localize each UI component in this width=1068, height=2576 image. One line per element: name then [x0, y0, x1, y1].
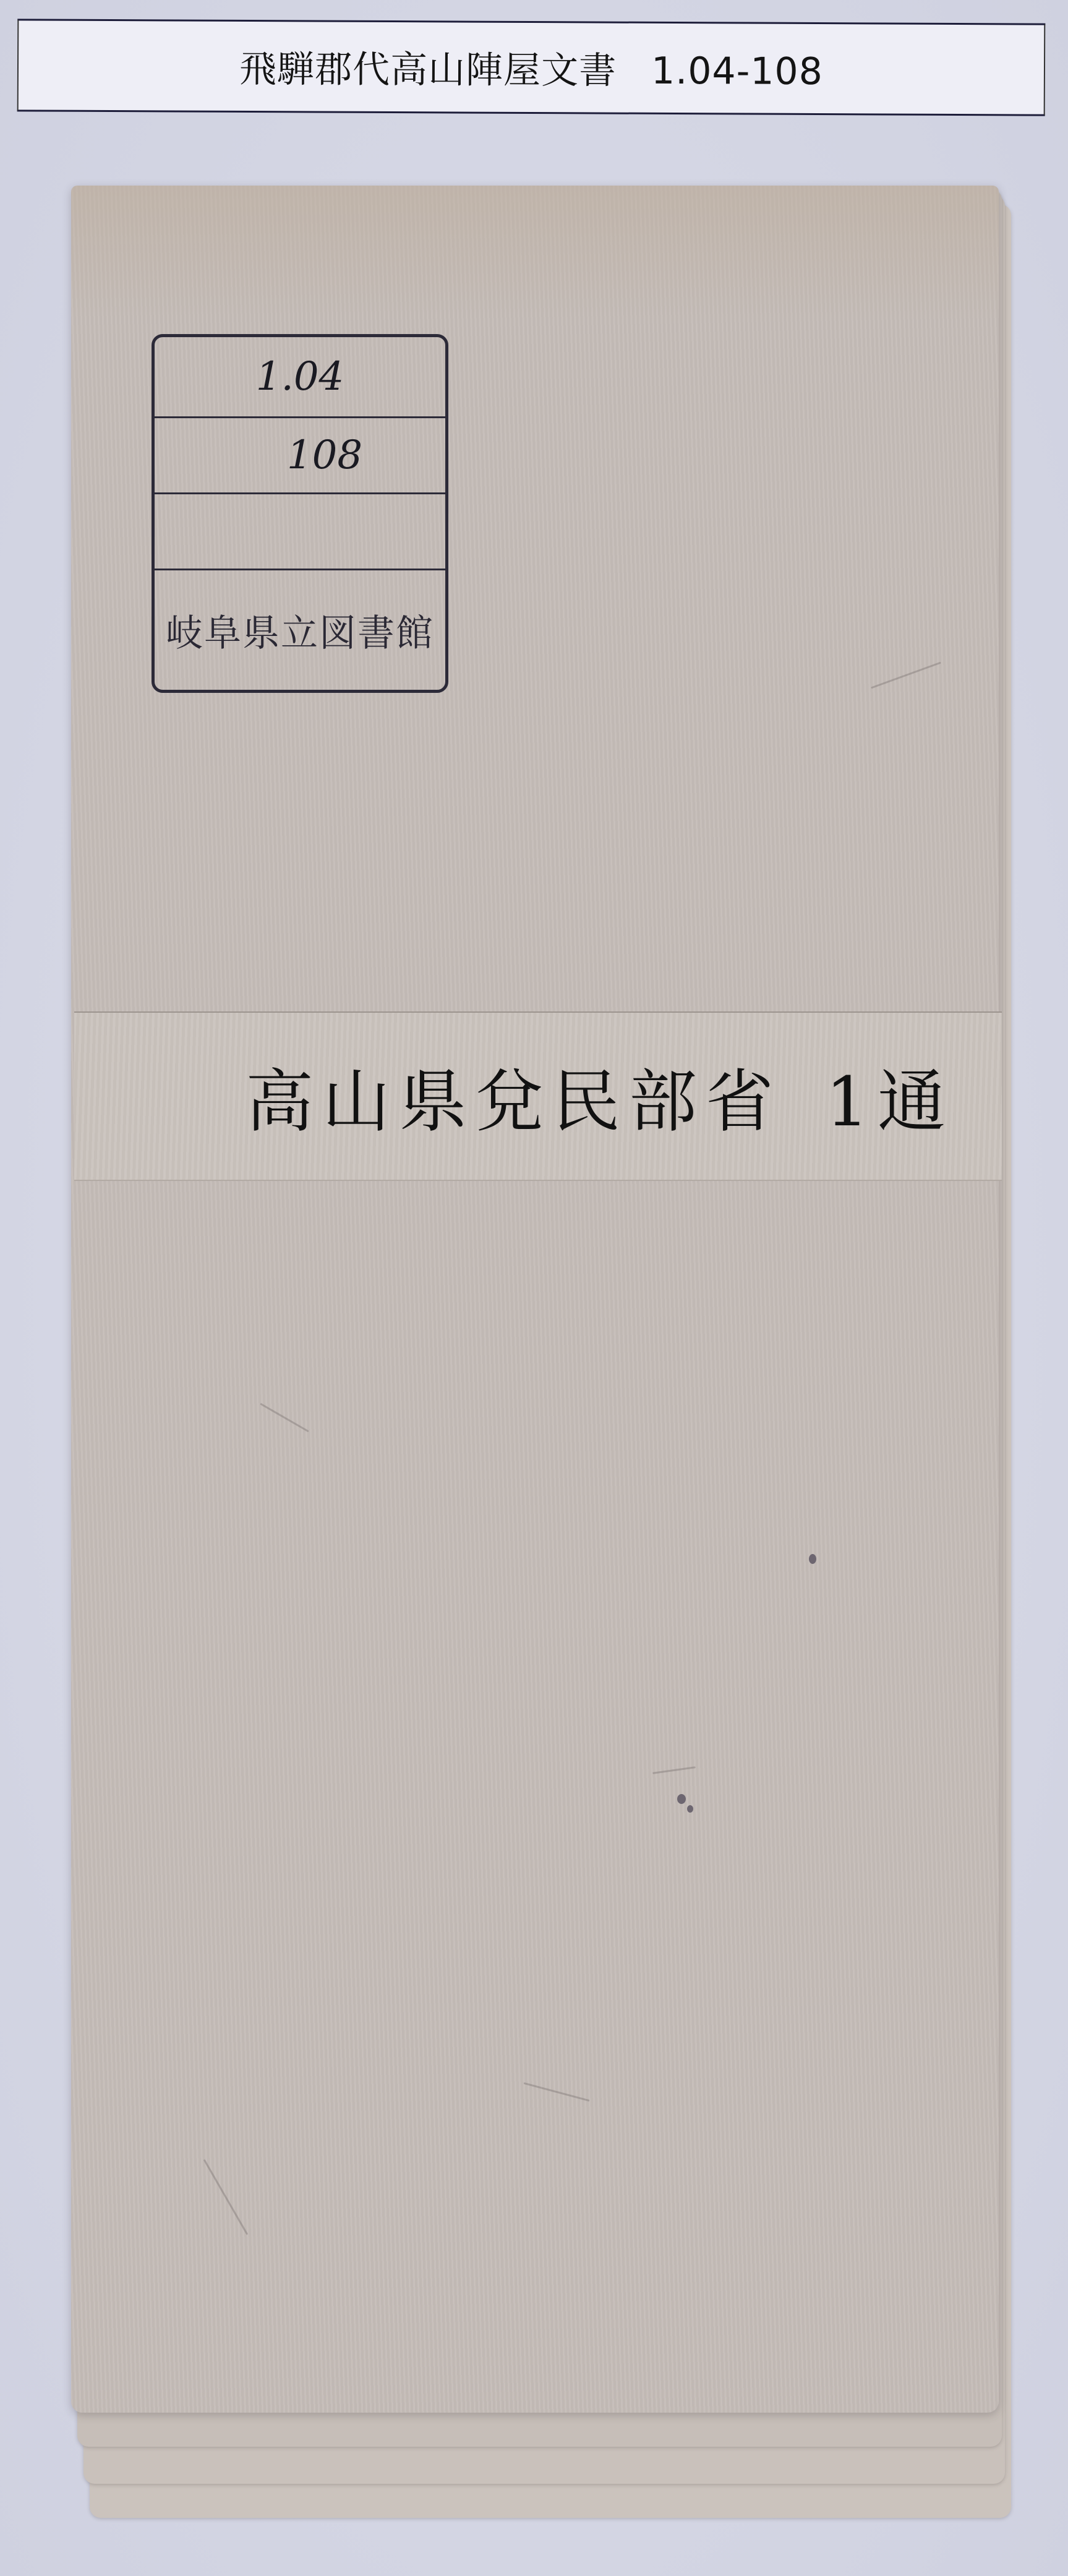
paper-fiber [871, 662, 941, 689]
band-title: 高山県兌民部省 [246, 1062, 782, 1141]
document-cover: 1.04 108 岐阜県立図書館 高山県兌民部省1通 [71, 186, 999, 2413]
catalog-label: 飛騨郡代高山陣屋文書1.04-108 [17, 19, 1046, 116]
library-stamp: 1.04 108 岐阜県立図書館 [152, 334, 448, 693]
paper-spot [687, 1805, 693, 1813]
stamp-classification: 1.04 [155, 337, 445, 418]
collection-title: 飛騨郡代高山陣屋文書 [239, 48, 617, 93]
paper-spot [809, 1554, 816, 1564]
band-handwriting: 高山県兌民部省1通 [122, 1047, 954, 1145]
band-count: 1通 [826, 1062, 954, 1141]
stamp-item-number: 108 [155, 418, 445, 494]
stamp-blank-row [155, 494, 445, 570]
paper-fiber [260, 1403, 309, 1433]
document-packet: 1.04 108 岐阜県立図書館 高山県兌民部省1通 [71, 186, 1017, 2512]
paper-fiber [652, 1766, 696, 1774]
catalog-label-text: 飛騨郡代高山陣屋文書1.04-108 [239, 40, 823, 95]
paper-fiber [203, 2159, 249, 2235]
paper-band: 高山県兌民部省1通 [74, 1011, 1002, 1181]
catalog-number: 1.04-108 [651, 49, 823, 93]
paper-spot [677, 1794, 686, 1804]
stamp-institution: 岐阜県立図書館 [155, 570, 445, 690]
paper-fiber [523, 2082, 589, 2102]
